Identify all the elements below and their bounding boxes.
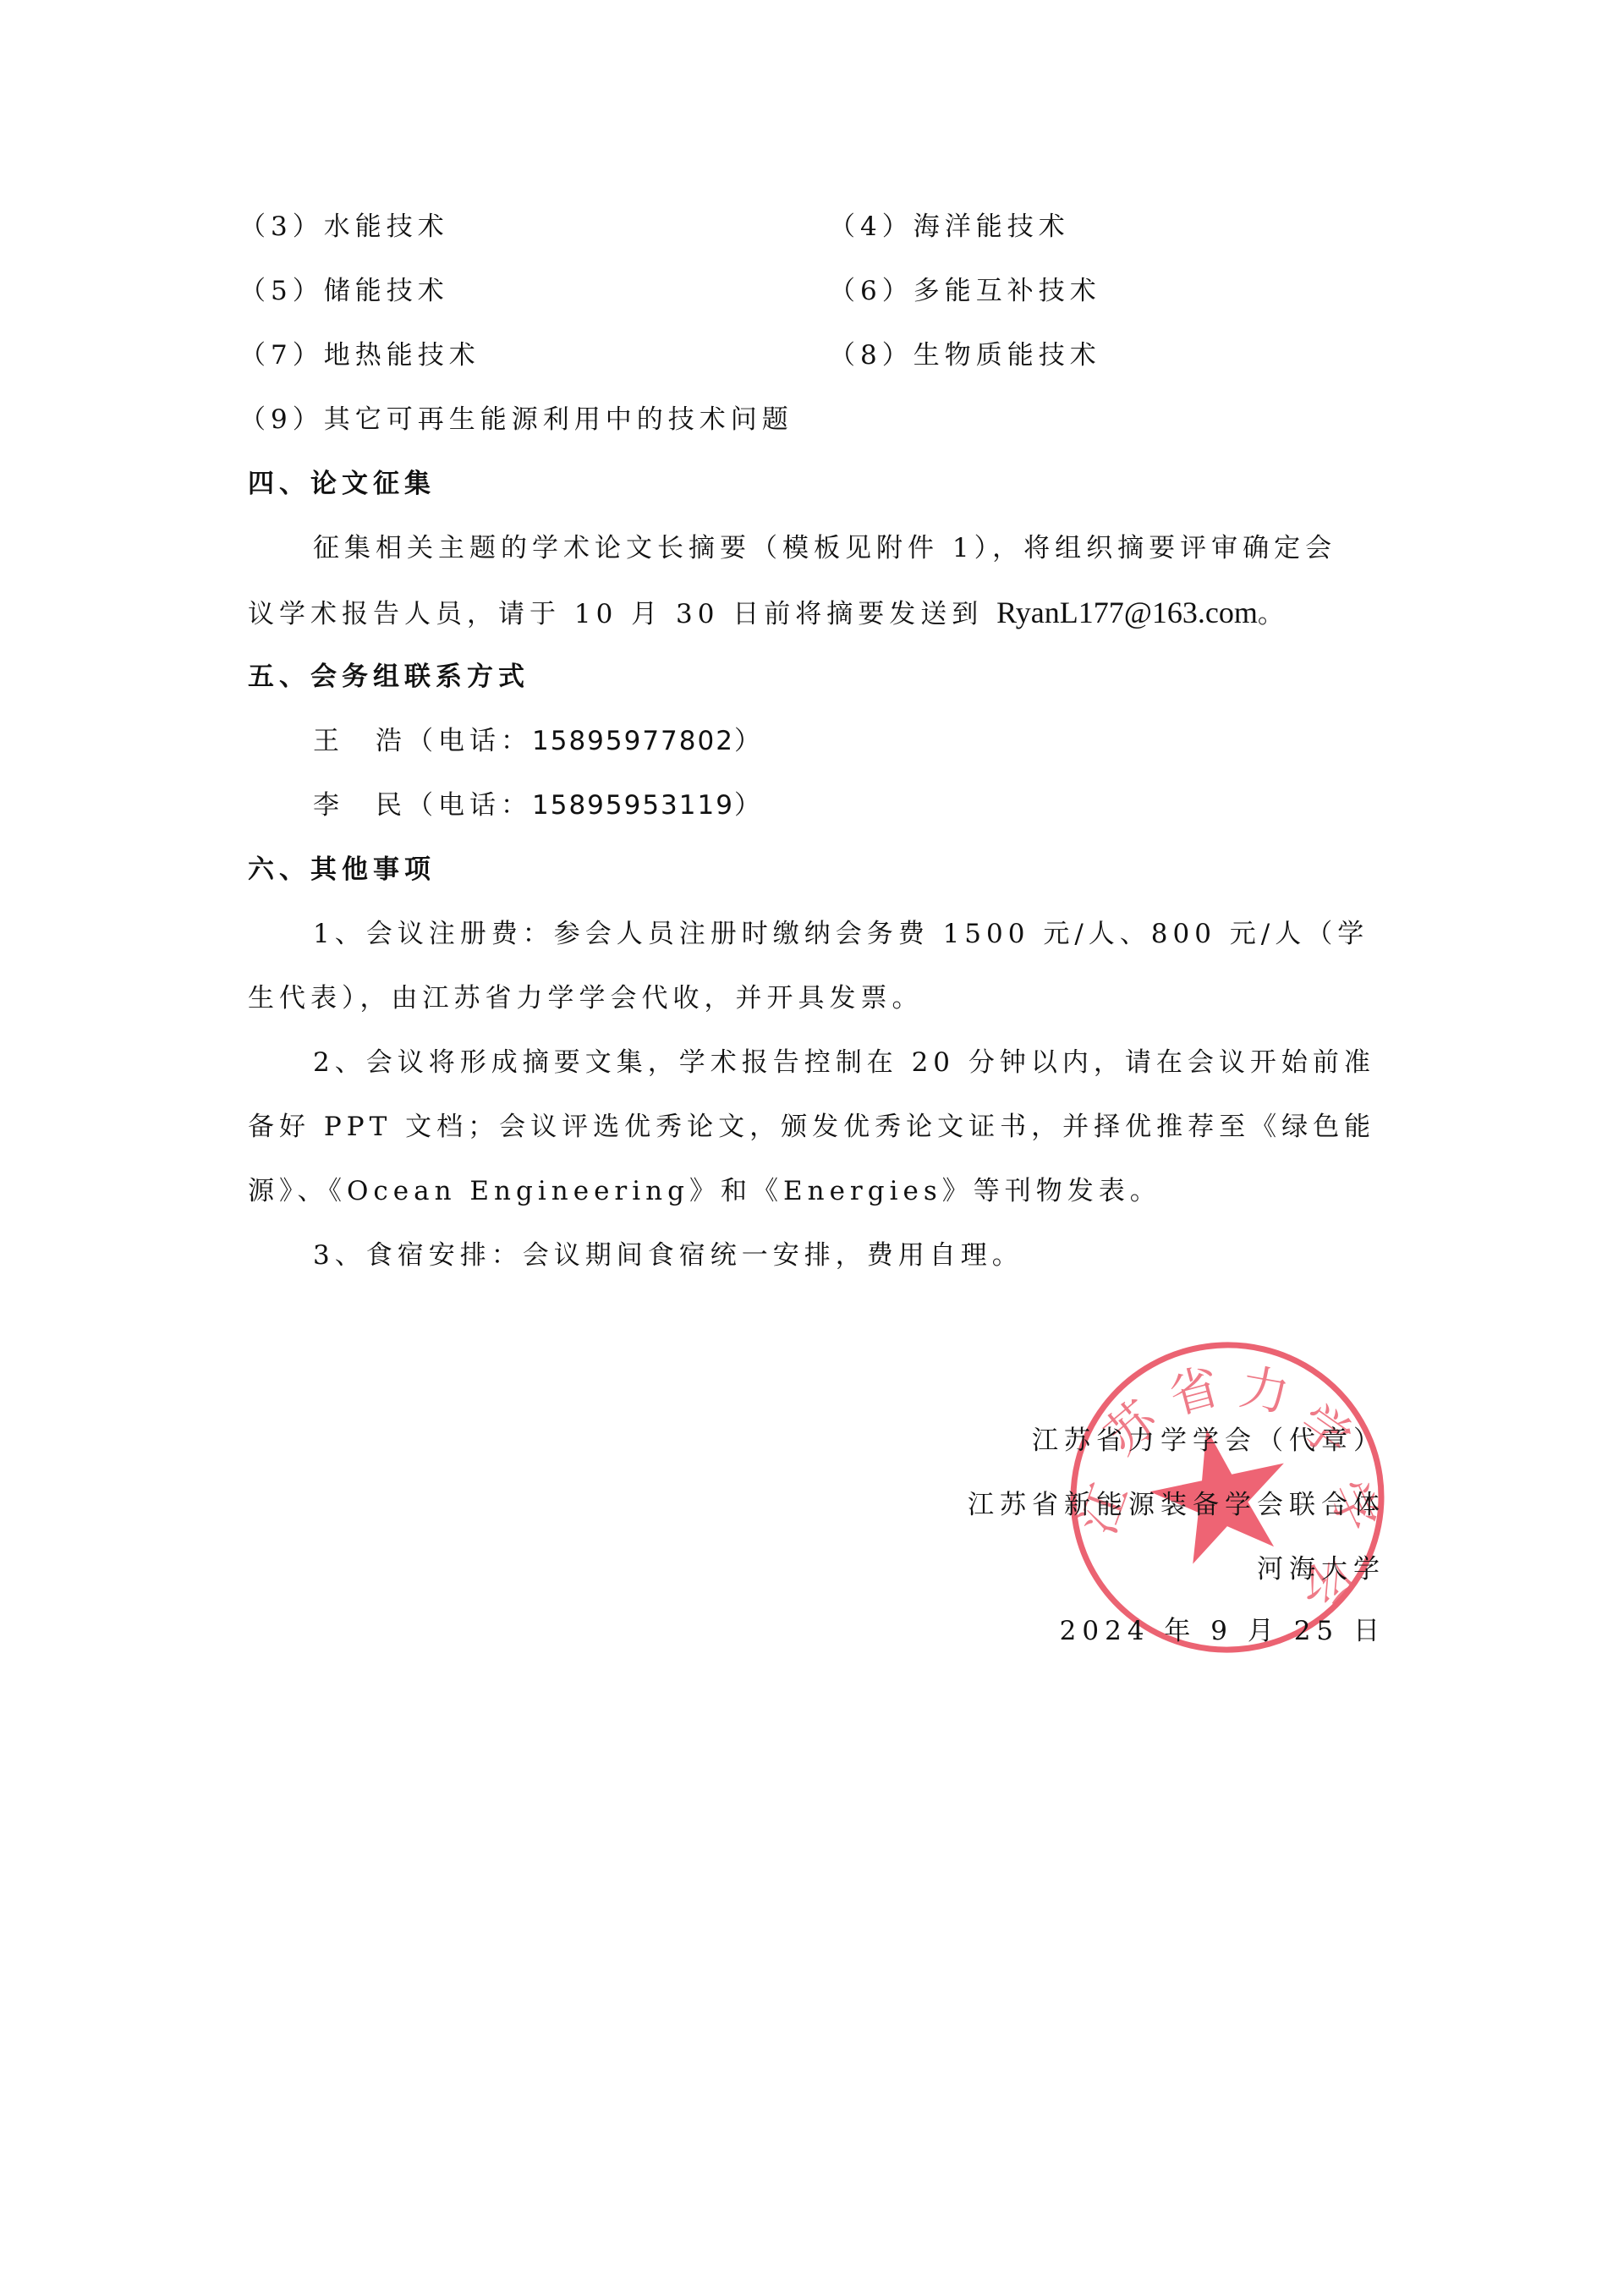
section-heading-paper-call: 四、论文征集 <box>248 467 436 501</box>
signatory-org-3: 河海大学 <box>1257 1552 1385 1586</box>
contact-phone[interactable]: 15895977802 <box>532 726 734 756</box>
topic-label: 地热能技术 <box>324 340 480 371</box>
paper-call-text: 议学术报告人员，请于 10 月 30 日前将摘要发送到 <box>248 599 996 629</box>
topic-label: 生物质能技术 <box>913 340 1101 371</box>
submission-email-link[interactable]: RyanL177@163.com <box>996 596 1258 629</box>
signature-date: 2024 年 9 月 25 日 <box>1060 1614 1385 1648</box>
svg-text:力: 力 <box>1236 1358 1294 1423</box>
topic-number: （3） <box>239 211 324 242</box>
paren-close: ） <box>734 790 765 821</box>
topic-label: 水能技术 <box>324 211 449 242</box>
abstracts-line-1: 2、会议将形成摘要文集，学术报告控制在 20 分钟以内，请在会议开始前准 <box>313 1046 1375 1079</box>
paper-call-paragraph-line-1: 征集相关主题的学术论文长摘要（模板见附件 1），将组织摘要评审确定会 <box>313 531 1336 565</box>
registration-fee-line-1: 1、会议注册费：参会人员注册时缴纳会务费 1500 元/人、800 元/人（学 <box>313 917 1369 951</box>
signatory-org-1: 江苏省力学学会（代章） <box>1032 1424 1385 1458</box>
contact-row: 王 浩（电话：15895977802） <box>313 724 765 758</box>
signatory-org-2: 江苏省新能源装备学会联合体 <box>968 1488 1385 1522</box>
accommodation-line: 3、食宿安排：会议期间食宿统一安排，费用自理。 <box>313 1239 1023 1272</box>
phone-label: （电话： <box>407 726 532 756</box>
topic-item-7: （7）地热能技术 <box>239 338 480 372</box>
abstracts-line-3: 源》、《Ocean Engineering》和《Energies》等刊物发表。 <box>248 1174 1161 1208</box>
contact-name: 李 民 <box>313 790 407 821</box>
contact-name: 王 浩 <box>313 726 407 756</box>
topic-number: （4） <box>829 211 913 242</box>
topic-number: （8） <box>829 340 913 371</box>
topic-item-5: （5）储能技术 <box>239 274 449 308</box>
topic-number: （7） <box>239 340 324 371</box>
topic-number: （5） <box>239 276 324 306</box>
topic-item-8: （8）生物质能技术 <box>829 338 1101 372</box>
topic-label: 多能互补技术 <box>913 276 1101 306</box>
topic-item-3: （3）水能技术 <box>239 210 449 244</box>
topic-label: 储能技术 <box>324 276 449 306</box>
contact-row: 李 民（电话：15895953119） <box>313 788 765 822</box>
topic-number: （6） <box>829 276 913 306</box>
registration-fee-line-2: 生代表），由江苏省力学学会代收，并开具发票。 <box>248 981 924 1015</box>
svg-text:省: 省 <box>1163 1357 1226 1425</box>
section-heading-contacts: 五、会务组联系方式 <box>248 660 529 694</box>
topic-item-9: （9）其它可再生能源利用中的技术问题 <box>239 403 793 437</box>
phone-label: （电话： <box>407 790 532 821</box>
topic-item-4: （4）海洋能技术 <box>829 210 1070 244</box>
paper-call-paragraph-line-2: 议学术报告人员，请于 10 月 30 日前将摘要发送到 RyanL177@163… <box>248 596 1289 629</box>
section-heading-other-matters: 六、其他事项 <box>248 853 436 887</box>
abstracts-line-2: 备好 PPT 文档；会议评选优秀论文，颁发优秀论文证书，并择优推荐至《绿色能 <box>248 1110 1375 1144</box>
topic-label: 海洋能技术 <box>913 211 1070 242</box>
paren-close: ） <box>734 726 765 756</box>
contact-phone[interactable]: 15895953119 <box>532 790 734 821</box>
topic-number: （9） <box>239 404 324 435</box>
topic-item-6: （6）多能互补技术 <box>829 274 1101 308</box>
topic-label: 其它可再生能源利用中的技术问题 <box>324 404 793 435</box>
sentence-end: 。 <box>1258 599 1289 629</box>
document-page: （3）水能技术 （4）海洋能技术 （5）储能技术 （6）多能互补技术 （7）地热… <box>0 0 1624 2296</box>
